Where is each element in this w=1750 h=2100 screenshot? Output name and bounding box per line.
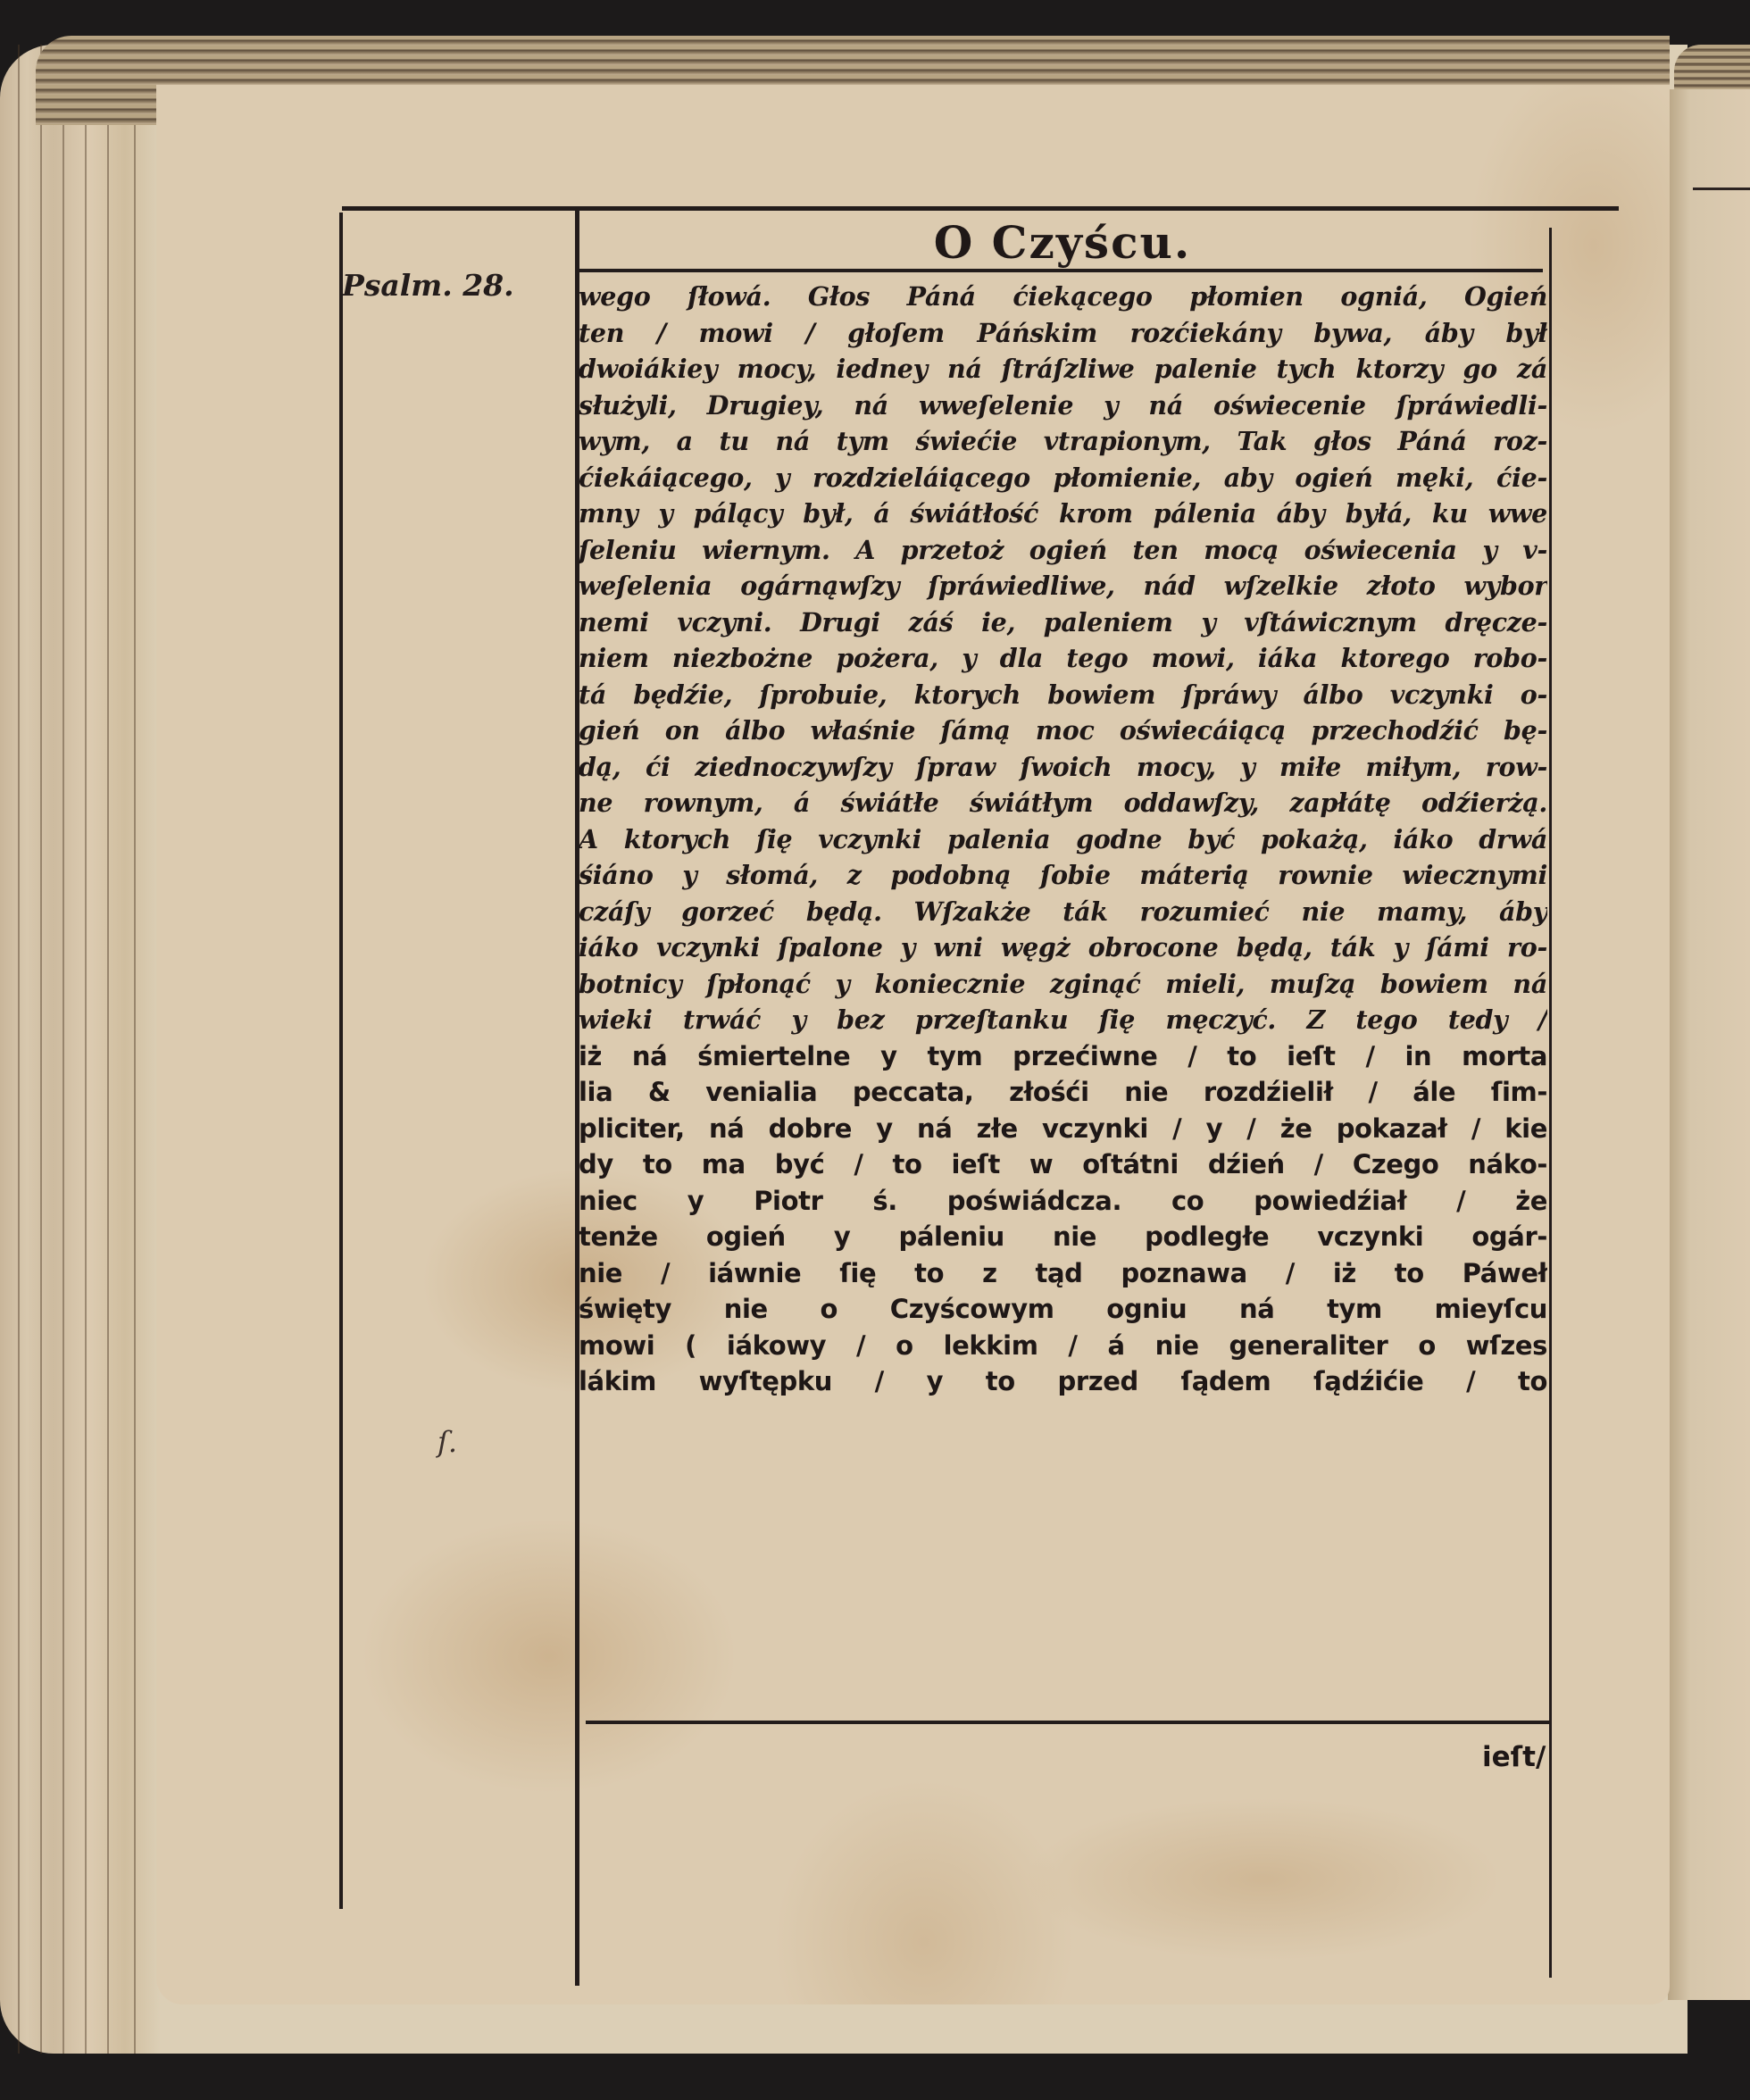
text-line: mny y pálący był, á świátłość krom pálen…: [579, 496, 1547, 532]
bottom-text-rule: [586, 1721, 1550, 1724]
text-line: A ktorych ſię vczynki palenia godne być …: [579, 821, 1547, 858]
text-line: wego ſłowá. Głos Páná ćiekącego płomien …: [579, 279, 1547, 315]
facing-page: [1668, 89, 1750, 2000]
text-line: ſeleniu wiernym. A przetoż ogień ten moc…: [579, 532, 1547, 569]
text-line: ćiekáiącego, y rozdzieláiącego płomienie…: [579, 460, 1547, 496]
facing-page-rule: [1693, 187, 1750, 190]
text-line: ten / mowi / głoſem Páńskim rozćiekány b…: [579, 315, 1547, 352]
text-line: weſelenia ogárnąwſzy ſpráwiedliwe, nád w…: [579, 568, 1547, 604]
margin-note-psalm: Psalm. 28.: [342, 268, 514, 303]
text-line: dą, ći ziednoczywſzy ſpraw ſwoich mocy, …: [579, 749, 1547, 786]
text-line: czáſy gorzeć będą. Wſzakże ták rozumieć …: [579, 894, 1547, 930]
text-line: gień on álbo właśnie ſámą moc oświecáiąc…: [579, 712, 1547, 749]
catchword: ieſt/: [1482, 1741, 1546, 1773]
text-line: ne rownym, á świátłe świátłym oddawſzy, …: [579, 785, 1547, 821]
outer-margin-rule: [339, 212, 343, 1909]
text-line: iż ná śmiertelne y tym przećiwne / to ie…: [579, 1038, 1547, 1075]
title-underline: [579, 269, 1543, 272]
margin-mark: ſ.: [437, 1425, 457, 1459]
top-rule: [342, 206, 1619, 211]
text-line: dwoiákiey mocy, iedney ná ſtráſzliwe pal…: [579, 351, 1547, 387]
body-text: wego ſłowá. Głos Páná ćiekącego płomien …: [579, 279, 1547, 1400]
text-line: lákim wyſtępku / y to przed ſądem ſądźić…: [579, 1363, 1547, 1400]
text-line: święty nie o Czyścowym ogniu ná tym miey…: [579, 1291, 1547, 1328]
text-line: iáko vczynki ſpalone y wni węgż obrocone…: [579, 929, 1547, 966]
text-line: wym, a tu ná tym świećie vtrapionym, Tak…: [579, 423, 1547, 460]
right-column-rule: [1549, 228, 1552, 1978]
text-line: służyli, Drugiey, ná wweſelenie y ná ośw…: [579, 387, 1547, 424]
text-line: niem niezbożne pożera, y dla tego mowi, …: [579, 640, 1547, 677]
text-line: wieki trwáć y bez przeſtanku ſię męczyć.…: [579, 1002, 1547, 1038]
text-line: pliciter, ná dobre y ná złe vczynki / y …: [579, 1111, 1547, 1147]
text-line: śiáno y słomá, z podobną ſobie máterią r…: [579, 857, 1547, 894]
text-line: nie / iáwnie ſię to z tąd poznawa / iż t…: [579, 1255, 1547, 1292]
running-head-title: O Czyścu.: [580, 216, 1545, 269]
text-line: tenże ogień y páleniu nie podległe vczyn…: [579, 1219, 1547, 1255]
right-page-top-edges: [1674, 45, 1750, 94]
text-line: mowi ( iákowy / o lekkim / á nie general…: [579, 1328, 1547, 1364]
text-line: tá będźie, ſprobuie, ktorych bowiem ſprá…: [579, 677, 1547, 713]
text-line: dy to ma być / to ieſt w oſtátni dźień /…: [579, 1146, 1547, 1183]
text-line: nemi vczyni. Drugi záś ie, paleniem y vſ…: [579, 604, 1547, 641]
text-line: lia & venialia peccata, złośći nie rozdź…: [579, 1074, 1547, 1111]
text-line: botnicy ſpłonąć y koniecznie zginąć miel…: [579, 966, 1547, 1003]
text-line: niec y Piotr ś. poświádcza. co powiedźia…: [579, 1183, 1547, 1220]
